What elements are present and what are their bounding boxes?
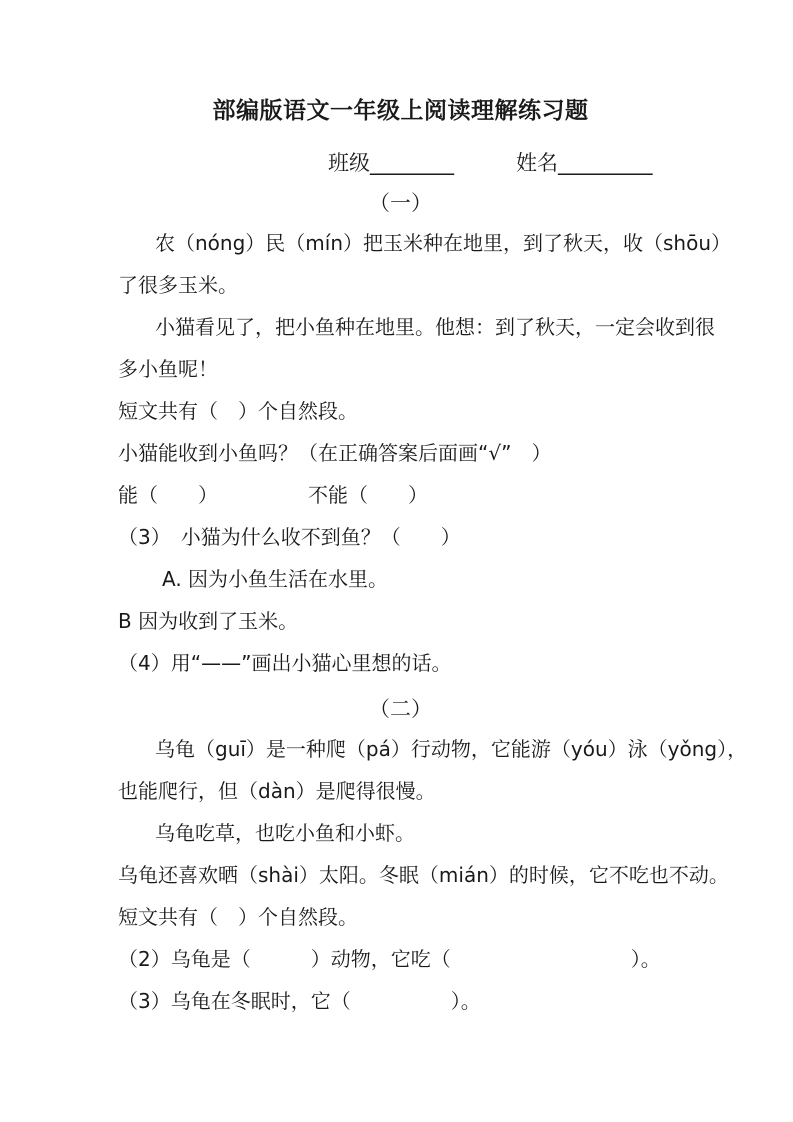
sec1-passage-line-1: 农（nóng）民（mín）把玉米种在地里，到了秋天，收（shōu） (118, 222, 683, 264)
sec1-question-can-cat-harvest: 小猫能收到小鱼吗？（在正确答案后面画“√” ） (118, 432, 683, 474)
sec1-question-3: （3） 小猫为什么收不到鱼？（ ） (118, 516, 683, 558)
sec1-question-4: （4）用“——”画出小猫心里想的话。 (118, 642, 683, 684)
sec2-passage-line-4: 乌龟还喜欢晒（shài）太阳。冬眠（mián）的时候，它不吃也不动。 (118, 854, 683, 896)
sec1-passage-line-2: 了很多玉米。 (118, 264, 683, 306)
page-title: 部编版语文一年级上阅读理解练习题 (118, 96, 683, 126)
section1-heading: （一） (118, 184, 683, 222)
section2-heading: （二） (118, 690, 683, 728)
sec1-passage-line-4: 多小鱼呢！ (118, 348, 683, 390)
sec1-question-paragraph-count: 短文共有（ ）个自然段。 (118, 390, 683, 432)
document-content: 部编版语文一年级上阅读理解练习题 班级________姓名_________ （… (0, 0, 793, 1022)
sec1-question-3-option-a: A. 因为小鱼生活在水里。 (118, 558, 683, 600)
name-blank: _________ (558, 151, 653, 175)
document-page: 部编版语文一年级上阅读理解练习题 班级________姓名_________ （… (0, 0, 793, 1122)
class-label: 班级 (328, 151, 370, 175)
sec1-passage-line-3: 小猫看见了，把小鱼种在地里。他想：到了秋天，一定会收到很 (118, 306, 683, 348)
sec1-question-3-option-b: B 因为收到了玉米。 (118, 600, 683, 642)
name-label: 姓名 (516, 151, 558, 175)
sec2-question-paragraph-count: 短文共有（ ）个自然段。 (118, 896, 683, 938)
sec1-answer-options-yes-no: 能（ ） 不能（ ） (118, 474, 683, 516)
sec2-passage-line-3: 乌龟吃草，也吃小鱼和小虾。 (118, 812, 683, 854)
sec2-passage-line-2: 也能爬行，但（dàn）是爬得很慢。 (118, 770, 683, 812)
sec2-passage-line-1: 乌龟（guī）是一种爬（pá）行动物，它能游（yóu）泳（yǒng）， (118, 728, 683, 770)
sec2-question-3: （3）乌龟在冬眠时，它（ ）。 (118, 980, 683, 1022)
sec2-question-2: （2）乌龟是（ ）动物，它吃（ ）。 (118, 938, 683, 980)
header-fields: 班级________姓名_________ (118, 148, 683, 178)
class-blank: ________ (370, 151, 454, 175)
